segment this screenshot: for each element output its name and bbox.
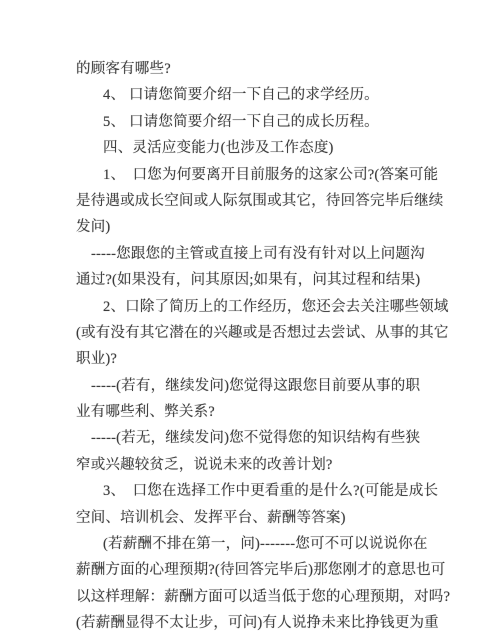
text-line: -----(若有，继续发问)您觉得这跟您目前要从事的职 — [76, 373, 428, 399]
text-line: 3、 口您在选择工作中更看重的是什么?(可能是成长 — [76, 478, 428, 504]
text-line: 4、 口请您简要介绍一下自己的求学经历。 — [76, 82, 428, 108]
text-line: (若薪酬不排在第一，问)-------您可不可以说说你在 — [76, 531, 428, 557]
text-line: 以这样理解：薪酬方面可以适当低于您的心理预期，对吗? — [76, 584, 428, 610]
document-page: 的顾客有哪些?4、 口请您简要介绍一下自己的求学经历。5、 口请您简要介绍一下自… — [0, 0, 500, 637]
text-line: -----您跟您的主管或直接上司有没有针对以上问题沟 — [76, 241, 428, 267]
text-line: 2、口除了简历上的工作经历，您还会去关注哪些领域 — [76, 294, 428, 320]
text-line: 四、灵活应变能力(也涉及工作态度) — [76, 135, 428, 161]
text-line: 是待遇或成长空间或人际氛围或其它，待回答完毕后继续 — [76, 188, 428, 214]
text-line: 空间、培训机会、发挥平台、薪酬等答案) — [76, 505, 428, 531]
text-line: 通过?(如果没有，问其原因;如果有，问其过程和结果) — [76, 267, 428, 293]
text-line: 职业)? — [76, 346, 428, 372]
text-line: -----(若无，继续发问)您不觉得您的知识结构有些狭 — [76, 425, 428, 451]
text-line: 窄或兴趣较贫乏，说说未来的改善计划? — [76, 452, 428, 478]
text-line: 5、 口请您简要介绍一下自己的成长历程。 — [76, 109, 428, 135]
text-line: 发问) — [76, 214, 428, 240]
text-line: 的顾客有哪些? — [76, 56, 428, 82]
text-line: (若薪酬显得不太让步，可问)有人说挣未来比挣钱更为重 — [76, 610, 428, 636]
text-line: 业有哪些利、弊关系? — [76, 399, 428, 425]
text-line: (或有没有其它潜在的兴趣或是否想过去尝试、从事的其它 — [76, 320, 428, 346]
text-line: 薪酬方面的心理预期?(待回答完毕后)那您刚才的意思也可 — [76, 557, 428, 583]
text-line: 1、 口您为何要离开目前服务的这家公司?(答案可能 — [76, 162, 428, 188]
document-lines: 的顾客有哪些?4、 口请您简要介绍一下自己的求学经历。5、 口请您简要介绍一下自… — [76, 56, 428, 637]
